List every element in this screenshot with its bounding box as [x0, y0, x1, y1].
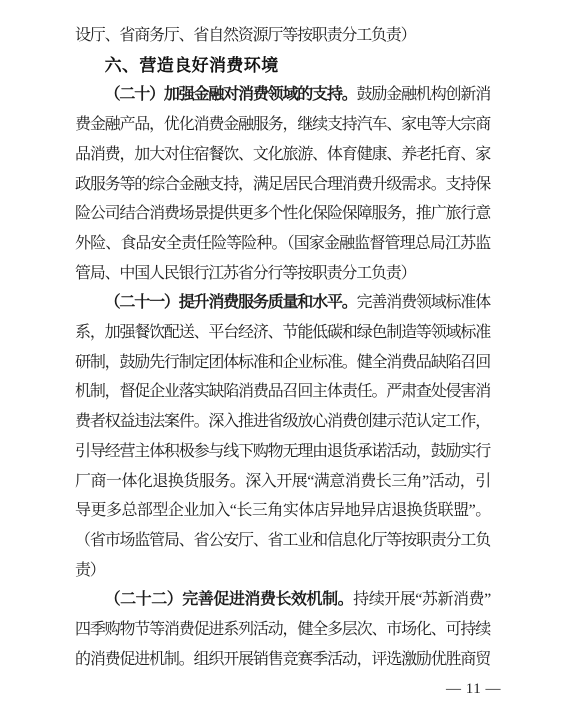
para-20-line: （二十）加强金融对消费领域的支持。鼓励金融机构创新消 [75, 80, 490, 110]
para-21-line: 系，加强餐饮配送、平台经济、节能低碳和绿色制造等领域标准 [75, 318, 490, 348]
para-21-line: 厂商一体化退换货服务。深入开展“满意消费长三角”活动，引 [75, 467, 490, 497]
text-segment-kaiti: 设厅、省商务厅、省自然资源厅等按职责分工负责） [75, 27, 415, 44]
text-segment-normal: 系，加强餐饮配送、平台经济、节能低碳和绿色制造等领域标准 [75, 324, 490, 341]
para-21-line: 费者权益违法案件。深入推进省级放心消费创建示范认定工作， [75, 407, 490, 437]
para-20-line: 外险、食品安全责任险等险种。（国家金融监督管理总局江苏监 [75, 229, 490, 259]
para-20-line: 品消费，加大对住宿餐饮、文化旅游、体育健康、养老托育、家 [75, 140, 490, 170]
text-segment-normal: 持续开展“苏新消费” [353, 591, 490, 608]
para-20-line: 政服务等的综合金融支持，满足居民合理消费升级需求。支持保 [75, 170, 490, 200]
para-20-line: 管局、中国人民银行江苏省分行等按职责分工负责） [75, 259, 490, 289]
para-21-line: 机制，督促企业落实缺陷消费品召回主体责任。严肃查处侵害消 [75, 377, 490, 407]
para-22-line: （二十二）完善促进消费长效机制。持续开展“苏新消费” [75, 585, 490, 615]
text-segment-normal: 费者权益违法案件。深入推进省级放心消费创建示范认定工作， [75, 413, 490, 430]
text-segment-kaiti: 责） [75, 562, 105, 579]
text-segment-normal: 的消费促进机制。组织开展销售竞赛季活动，评选激励优胜商贸 [75, 651, 490, 668]
para-22-line: 的消费促进机制。组织开展销售竞赛季活动，评选激励优胜商贸 [75, 645, 490, 675]
text-segment-normal: 险公司结合消费场景提供更多个性化保险保障服务，推广旅行意 [75, 205, 490, 222]
section-heading: 六、营造良好消费环境 [75, 51, 490, 81]
para-21-line: 研制，鼓励先行制定团体标准和企业标准。健全消费品缺陷召回 [75, 348, 490, 378]
para-22-line: 四季购物节等消费促进系列活动，健全多层次、市场化、可持续 [75, 615, 490, 645]
text-segment-bold: （二十）加强金融对消费领域的支持。 [105, 86, 357, 103]
text-segment-normal: 导更多总部型企业加入“长三角实体店异地异店退换货联盟”。 [75, 502, 490, 519]
text-segment-normal: 外险、食品安全责任险等险种。 [75, 235, 287, 252]
text-segment-normal: 机制，督促企业落实缺陷消费品召回主体责任。严肃查处侵害消 [75, 383, 490, 400]
text-segment-normal: 政服务等的综合金融支持，满足居民合理消费升级需求。支持保 [75, 176, 490, 193]
document-body: 设厅、省商务厅、省自然资源厅等按职责分工负责）六、营造良好消费环境（二十）加强金… [75, 21, 490, 674]
para-21-line: （省市场监管局、省公安厅、省工业和信息化厅等按职责分工负 [75, 526, 490, 556]
text-segment-heading: 六、营造良好消费环境 [105, 56, 279, 75]
text-segment-bold: （二十一）提升消费服务质量和水平。 [105, 294, 357, 311]
para-21-line: 导更多总部型企业加入“长三角实体店异地异店退换货联盟”。 [75, 496, 490, 526]
text-segment-normal: 研制，鼓励先行制定团体标准和企业标准。健全消费品缺陷召回 [75, 354, 490, 371]
text-segment-normal: 厂商一体化退换货服务。深入开展“满意消费长三角”活动，引 [75, 473, 490, 490]
text-segment-normal: 费金融产品，优化消费金融服务，继续支持汽车、家电等大宗商 [75, 116, 490, 133]
text-segment-kaiti: （国家金融监督管理总局江苏监 [287, 235, 490, 252]
para-21-line: 引导经营主体积极参与线下购物无理由退货承诺活动，鼓励实行 [75, 437, 490, 467]
text-segment-normal: 引导经营主体积极参与线下购物无理由退货承诺活动，鼓励实行 [75, 443, 490, 460]
text-segment-normal: 完善消费领域标准体 [357, 294, 490, 311]
para-21-line: （二十一）提升消费服务质量和水平。完善消费领域标准体 [75, 288, 490, 318]
document-page: 设厅、省商务厅、省自然资源厅等按职责分工负责）六、营造良好消费环境（二十）加强金… [0, 0, 561, 727]
para-20-line: 费金融产品，优化消费金融服务，继续支持汽车、家电等大宗商 [75, 110, 490, 140]
text-segment-kaiti: （省市场监管局、省公安厅、省工业和信息化厅等按职责分工负 [75, 532, 490, 549]
para-21-line: 责） [75, 556, 490, 586]
para-20-line: 险公司结合消费场景提供更多个性化保险保障服务，推广旅行意 [75, 199, 490, 229]
text-segment-kaiti: 管局、中国人民银行江苏省分行等按职责分工负责） [75, 265, 415, 282]
text-segment-normal: 四季购物节等消费促进系列活动，健全多层次、市场化、可持续 [75, 621, 490, 638]
carryover-attribution-line: 设厅、省商务厅、省自然资源厅等按职责分工负责） [75, 21, 490, 51]
text-segment-normal: 鼓励金融机构创新消 [357, 86, 490, 103]
text-segment-bold: （二十二）完善促进消费长效机制。 [105, 591, 354, 608]
text-segment-normal: 品消费，加大对住宿餐饮、文化旅游、体育健康、养老托育、家 [75, 146, 490, 163]
page-number: — 11 — [0, 681, 501, 698]
